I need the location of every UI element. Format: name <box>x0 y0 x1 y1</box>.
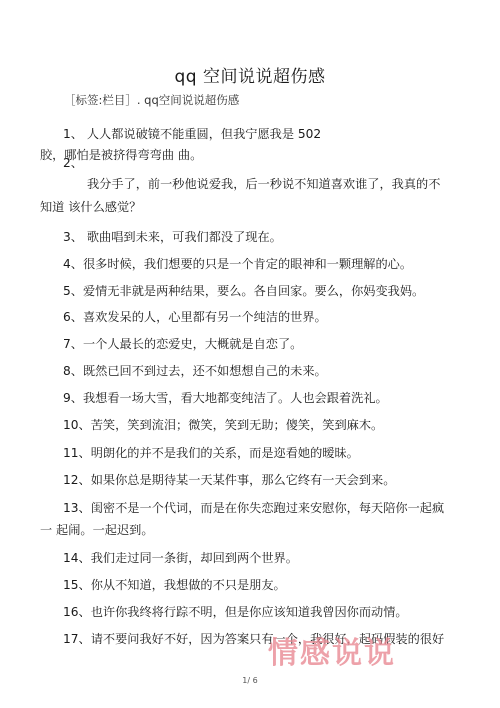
text-line: 3、 歌曲唱到未来，可我们都没了现在。 <box>63 229 282 245</box>
page-indicator: 1/ 6 <box>0 676 500 685</box>
text-line: 14、我们走过同一条街，却回到两个世界。 <box>63 550 298 566</box>
text-line: 4、很多时候，我们想要的只是一个肯定的眼神和一颗理解的心。 <box>63 256 412 272</box>
text-line: 13、闺密不是一个代词，而是在你失恋跑过来安慰你，每天陪你一起疯 <box>63 500 444 516</box>
text-line: 17、请不要问我好不好，因为答案只有一个，我很好，起码假装的很好 <box>63 631 444 647</box>
text-line: 16、也许你我终将行踪不明，但是你应该知道我曾因你而动情。 <box>63 604 408 620</box>
text-line: 15、你从不知道，我想做的不只是朋友。 <box>63 577 286 593</box>
text-line: 12、如果你总是期待某一天某件事，那么它终有一天会到来。 <box>63 472 395 488</box>
text-line: 知道 该什么感觉？ <box>40 199 141 215</box>
text-line: 8、既然已回不到过去，还不如想想自己的未来。 <box>63 363 327 379</box>
text-line: 5、爱情无非就是两种结果，要么。各自回家。要么，你妈变我妈。 <box>63 283 424 299</box>
document-title: qq 空间说说超伤感 <box>0 62 500 87</box>
text-line: 7、一个人最长的恋爱史，大概就是自恋了。 <box>63 336 302 352</box>
document-tagline: ［标签:栏目］. qq空间说说超伤感 <box>64 92 239 108</box>
text-line: 10、苦笑，笑到流泪；微笑，笑到无助；傻笑，笑到麻木。 <box>63 417 383 433</box>
text-line: 2、 <box>63 155 83 171</box>
text-line: 一 起闹。一起迟到。 <box>40 522 154 538</box>
text-line: 11、明朗化的并不是我们的关系，而是迩看她的暧昧。 <box>63 445 359 461</box>
text-line: 我分手了，前一秒他说爱我，后一秒说不知道喜欢谁了，我真的不 <box>87 176 440 192</box>
text-line: 6、喜欢发呆的人，心里都有另一个纯洁的世界。 <box>63 309 327 325</box>
text-line: 1、 人人都说破镜不能重圆，但我宁愿我是 502 <box>63 126 321 142</box>
document-page: qq 空间说说超伤感 ［标签:栏目］. qq空间说说超伤感 1、 人人都说破镜不… <box>0 0 500 708</box>
text-line: 9、我想看一场大雪，看大地都变纯洁了。人也会跟着洗礼。 <box>63 390 388 406</box>
